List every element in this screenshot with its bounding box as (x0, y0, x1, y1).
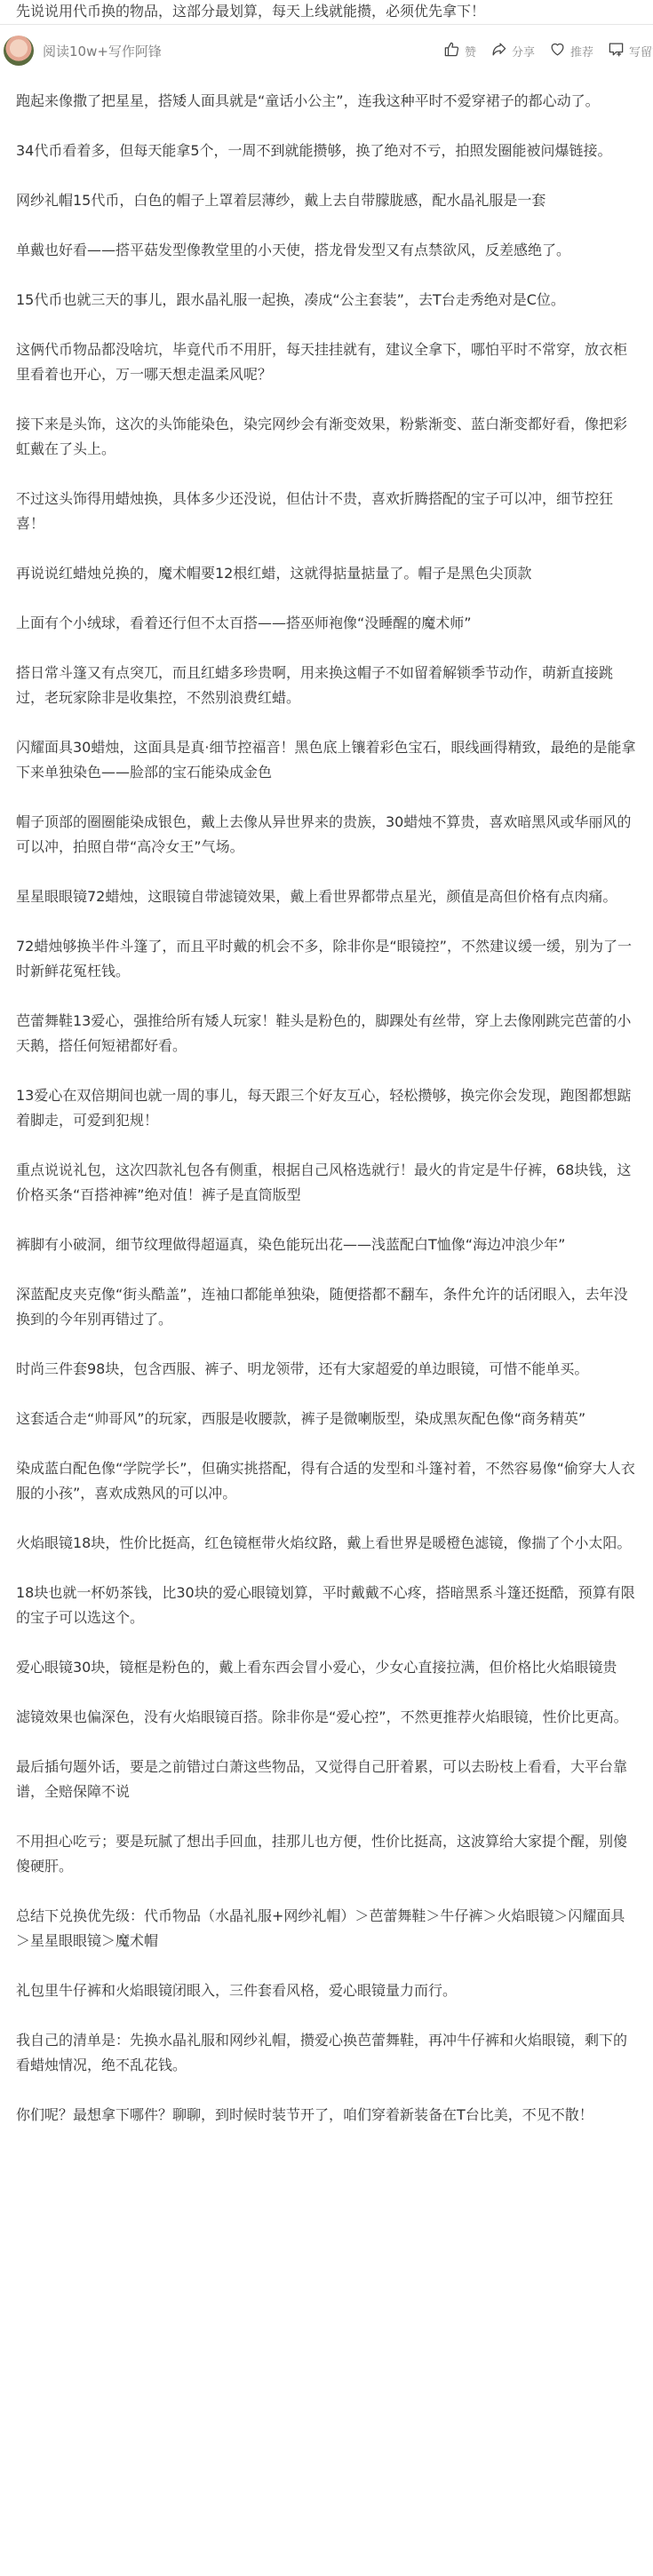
like-label: 赞 (465, 43, 476, 59)
paragraph: 我自己的清单是：先换水晶礼服和网纱礼帽，攒爱心换芭蕾舞鞋，再冲牛仔裤和火焰眼镜，… (16, 2028, 637, 2078)
paragraph: 闪耀面具30蜡烛，这面具是真·细节控福音！黑色底上镶着彩色宝石，眼线画得精致，最… (16, 735, 637, 785)
author-name[interactable]: 阅读10w+写作阿锋 (43, 42, 162, 60)
paragraph: 搭日常斗篷又有点突兀，而且红蜡多珍贵啊，用来换这帽子不如留着解锁季节动作，萌新直… (16, 661, 637, 710)
author-avatar[interactable] (4, 36, 34, 66)
paragraph: 不过这头饰得用蜡烛换，具体多少还没说，但估计不贵，喜欢折腾搭配的宝子可以冲，细节… (16, 487, 637, 536)
paragraph: 15代币也就三天的事儿，跟水晶礼服一起换，凑成“公主套装”，去T台走秀绝对是C位… (16, 288, 637, 313)
paragraph: 滤镜效果也偏深色，没有火焰眼镜百搭。除非你是“爱心控”，不然更推荐火焰眼镜，性价… (16, 1705, 637, 1730)
paragraph: 单戴也好看——搭平菇发型像教堂里的小天使，搭龙骨发型又有点禁欲风，反差感绝了。 (16, 238, 637, 263)
paragraph: 染成蓝白配色像“学院学长”，但确实挑搭配，得有合适的发型和斗篷衬着，不然容易像“… (16, 1456, 637, 1506)
paragraph: 芭蕾舞鞋13爱心，强推给所有矮人玩家！鞋头是粉色的，脚踝处有丝带，穿上去像刚跳完… (16, 1009, 637, 1058)
like-button[interactable]: 赞 (443, 41, 476, 61)
share-label: 分享 (512, 43, 535, 59)
paragraph: 上面有个小绒球，看着还行但不太百搭——搭巫师袍像“没睡醒的魔术师” (16, 611, 637, 636)
paragraph: 星星眼眼镜72蜡烛，这眼镜自带滤镜效果，戴上看世界都带点星光，颜值是高但价格有点… (16, 884, 637, 909)
thumbs-up-icon (443, 41, 460, 61)
paragraph: 你们呢？最想拿下哪件？聊聊，到时候时装节开了，咱们穿着新装备在T台比美，不见不散… (16, 2103, 637, 2128)
paragraph: 18块也就一杯奶茶钱，比30块的爱心眼镜划算，平时戴戴不心疼，搭暗黑系斗篷还挺酷… (16, 1581, 637, 1630)
paragraph: 裤脚有小破洞，细节纹理做得超逼真，染色能玩出花——浅蓝配白T恤像“海边冲浪少年” (16, 1233, 637, 1257)
share-button[interactable]: 分享 (490, 41, 535, 61)
recommend-button[interactable]: 推荐 (549, 41, 593, 61)
author-bar: 阅读10w+写作阿锋 赞 分享 推荐 写留言 (0, 32, 653, 69)
comment-button[interactable]: 写留言 (608, 41, 653, 61)
paragraph: 不用担心吃亏；要是玩腻了想出手回血，挂那儿也方便，性价比挺高，这波算给大家提个醒… (16, 1829, 637, 1879)
paragraph: 火焰眼镜18块，性价比挺高，红色镜框带火焰纹路，戴上看世界是暖橙色滤镜，像揣了个… (16, 1531, 637, 1556)
paragraph: 这俩代币物品都没啥坑，毕竟代币不用肝，每天挂挂就有，建议全拿下，哪怕平时不常穿，… (16, 337, 637, 387)
paragraph: 深蓝配皮夹克像“街头酷盖”，连袖口都能单独染，随便搭都不翻车，条件允许的话闭眼入… (16, 1282, 637, 1332)
paragraph: 时尚三件套98块，包含西服、裤子、明龙领带，还有大家超爱的单边眼镜，可惜不能单买… (16, 1357, 637, 1382)
action-bar: 赞 分享 推荐 写留言 (443, 32, 653, 69)
comment-icon (608, 41, 625, 61)
share-icon (490, 41, 507, 61)
paragraph: 礼包里牛仔裤和火焰眼镜闭眼入，三件套看风格，爱心眼镜量力而行。 (16, 1978, 637, 2003)
paragraph: 帽子顶部的圈圈能染成银色，戴上去像从异世界来的贵族，30蜡烛不算贵，喜欢暗黑风或… (16, 810, 637, 860)
paragraph: 网纱礼帽15代币，白色的帽子上罩着层薄纱，戴上去自带朦胧感，配水晶礼服是一套 (16, 188, 637, 213)
heart-icon (549, 41, 566, 61)
paragraph: 跑起来像撒了把星星，搭矮人面具就是“童话小公主”，连我这种平时不爱穿裙子的都心动… (16, 89, 637, 114)
paragraph: 这套适合走“帅哥风”的玩家，西服是收腰款，裤子是微喇版型，染成黑灰配色像“商务精… (16, 1407, 637, 1431)
paragraph: 最后插句题外话，要是之前错过白萧这些物品，又觉得自己肝着累，可以去盼枝上看看，大… (16, 1755, 637, 1804)
paragraph: 13爱心在双倍期间也就一周的事儿，每天跟三个好友互心，轻松攒够，换完你会发现，跑… (16, 1083, 637, 1133)
paragraph: 重点说说礼包，这次四款礼包各有侧重，根据自己风格选就行！最火的肯定是牛仔裤，68… (16, 1158, 637, 1208)
paragraph: 总结下兑换优先级：代币物品（水晶礼服+网纱礼帽）＞芭蕾舞鞋＞牛仔裤＞火焰眼镜＞闪… (16, 1904, 637, 1954)
paragraph: 接下来是头饰，这次的头饰能染色，染完网纱会有渐变效果，粉紫渐变、蓝白渐变都好看，… (16, 412, 637, 462)
paragraph: 爱心眼镜30块，镜框是粉色的，戴上看东西会冒小爱心，少女心直接拉满，但价格比火焰… (16, 1655, 637, 1680)
comment-label: 写留言 (629, 43, 653, 59)
paragraph: 再说说红蜡烛兑换的，魔术帽要12根红蜡，这就得掂量掂量了。帽子是黑色尖顶款 (16, 561, 637, 586)
article-body: 跑起来像撒了把星星，搭矮人面具就是“童话小公主”，连我这种平时不爱穿裙子的都心动… (0, 89, 653, 2128)
paragraph: 34代币看着多，但每天能拿5个，一周不到就能攒够，换了绝对不亏，拍照发圈能被问爆… (16, 139, 637, 163)
recommend-label: 推荐 (570, 43, 593, 59)
paragraph: 72蜡烛够换半件斗篷了，而且平时戴的机会不多，除非你是“眼镜控”，不然建议缓一缓… (16, 934, 637, 984)
top-paragraph: 先说说用代币换的物品，这部分最划算，每天上线就能攒，必须优先拿下！ (0, 0, 653, 25)
